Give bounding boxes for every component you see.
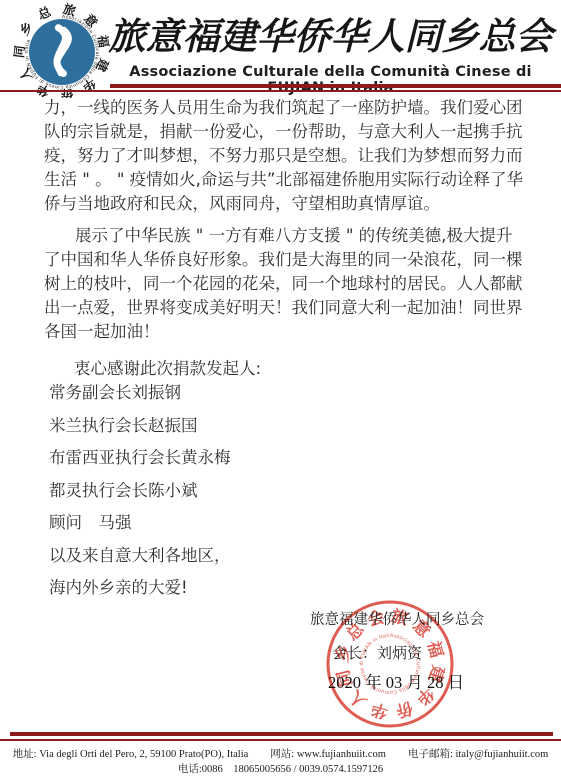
paragraph-line: 展示了中华民族 " 一方有难八方支援 " 的传统美德,极大提升	[44, 224, 524, 248]
footer-contact-row: 地址: Via degli Orti del Pero, 2, 59100 Pr…	[0, 746, 561, 761]
header-rule-thick	[110, 84, 561, 88]
footer-rule-thick	[10, 732, 553, 736]
page-title: 旅意福建华侨华人同乡总会	[100, 8, 561, 64]
paragraph-line: 疫，努力了才叫梦想，不努力那只是空想。让我们为梦想而努力而	[44, 144, 524, 168]
signature-org: 旅意福建华侨华人同乡总会	[310, 610, 540, 630]
paragraph-line: 生活 " 。 " 疫情如火,命运与共”北部福建侨胞用实际行动诠释了华	[44, 168, 524, 192]
list-item: 常务副会长刘振钢	[49, 383, 449, 416]
paragraph-line: 各国一起加油！	[44, 320, 524, 344]
list-item: 布雷西亚执行会长黄永梅	[49, 448, 449, 481]
footer-rule-thin	[0, 739, 561, 741]
list-item: 都灵执行会长陈小斌	[49, 481, 449, 514]
thanks-line: 衷心感谢此次捐款发起人:	[44, 355, 524, 379]
signature-president: 会长：刘炳资	[332, 643, 540, 663]
footer-email: 电子邮箱: italy@fujianhuiit.com	[408, 746, 548, 761]
list-item: 顾问 马强	[49, 513, 449, 546]
paragraph-line: 队的宗旨就是，捐献一份爱心，一份帮助，与意大利人一起携手抗	[44, 120, 524, 144]
donor-list: 常务副会长刘振钢 米兰执行会长赵振国 布雷西亚执行会长黄永梅 都灵执行会长陈小斌…	[49, 383, 449, 611]
paragraph-2: 展示了中华民族 " 一方有难八方支援 " 的传统美德,极大提升 了中国和华人华侨…	[44, 224, 524, 344]
list-item: 米兰执行会长赵振国	[49, 416, 449, 449]
paragraph-line: 侨与当地政府和民众，风雨同舟，守望相助真情厚谊。	[44, 192, 524, 216]
letter-page: 旅意福建华侨华人同乡总会 Associazione Culturale dell…	[0, 0, 561, 776]
signature-block: 旅意福建华侨华人同乡总会 会长：刘炳资 2020 年 03 月 28 日	[310, 610, 540, 693]
header-rule-thin	[0, 90, 561, 92]
paragraph-line: 力，一线的医务人员用生命为我们筑起了一座防护墙。我们爱心团	[44, 96, 524, 120]
footer-address: 地址: Via degli Orti del Pero, 2, 59100 Pr…	[13, 746, 249, 761]
paragraph-line: 了中国和华人华侨良好形象。我们是大海里的同一朵浪花，同一棵	[44, 248, 524, 272]
signature-date: 2020 年 03 月 28 日	[328, 673, 540, 693]
footer-website: 网站: www.fujianhuiit.com	[270, 746, 386, 761]
list-item: 以及来自意大利各地区，	[49, 546, 449, 579]
paragraph-line: 树上的枝叶，同一个花园的花朵，同一个地球村的居民。人人都献	[44, 272, 524, 296]
footer-phone: 电话:0086 18065005656 / 0039.0574.1597126	[0, 761, 561, 776]
paragraph-line: 出一点爱，世界将变成美好明天！我们同意大利一起加油！同世界	[44, 296, 524, 320]
paragraph-1: 力，一线的医务人员用生命为我们筑起了一座防护墙。我们爱心团 队的宗旨就是，捐献一…	[44, 96, 524, 216]
